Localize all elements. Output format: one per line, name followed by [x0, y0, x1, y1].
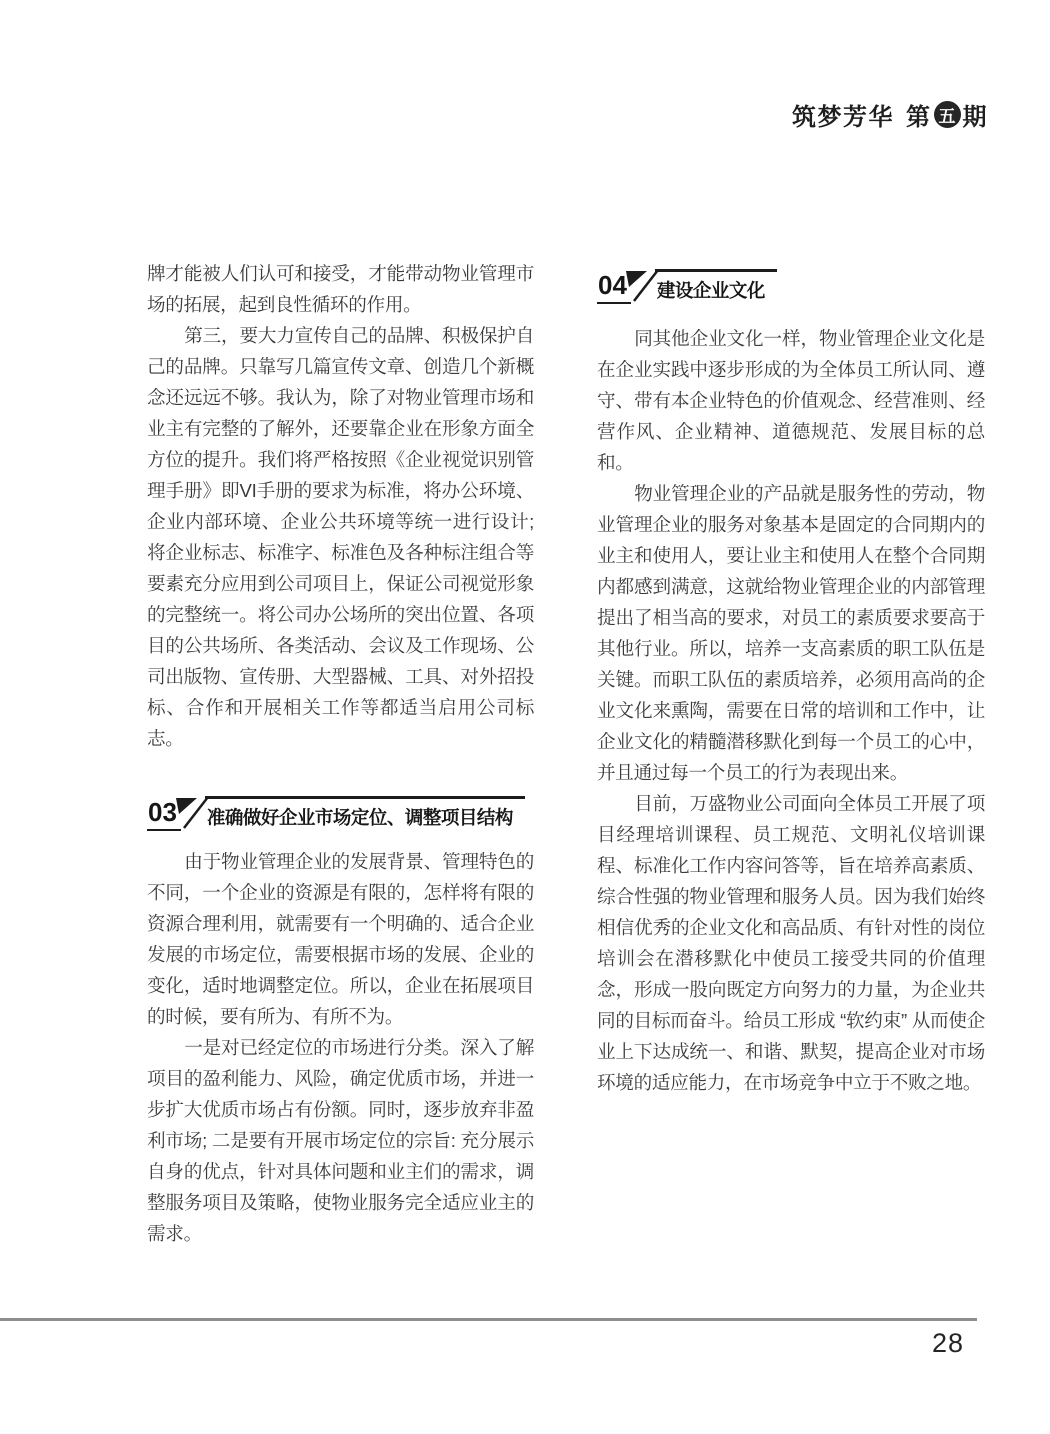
issue-prefix: 第	[906, 97, 932, 132]
footer-rule	[0, 1318, 977, 1321]
issue-suffix: 期	[963, 97, 989, 132]
right-column: 04 建设企业文化 同其他企业文化一样，物业管理企业文化是在企业实践中逐步形成的…	[597, 258, 985, 1098]
body-paragraph: 物业管理企业的产品就是服务性的劳动，物业管理企业的服务对象基本是固定的合同期内的…	[597, 478, 985, 788]
left-column: 牌才能被人们认可和接受，才能带动物业管理市场的拓展，起到良性循环的作用。 第三，…	[147, 258, 534, 1249]
magazine-page: 筑梦芳华 第 五 期 牌才能被人们认可和接受，才能带动物业管理市场的拓展，起到良…	[0, 0, 1050, 1434]
section-slash-icon	[625, 269, 659, 303]
page-number: 28	[932, 1328, 964, 1359]
section-header-04: 04 建设企业文化	[597, 269, 777, 309]
body-paragraph: 由于物业管理企业的发展背景、管理特色的不同，一个企业的资源是有限的，怎样将有限的…	[147, 846, 534, 1032]
body-paragraph: 目前，万盛物业公司面向全体员工开展了项目经理培训课程、员工规范、文明礼仪培训课程…	[597, 788, 985, 1098]
section-rule	[205, 796, 525, 799]
section-title: 准确做好企业市场定位、调整项目结构	[205, 796, 525, 829]
section-title: 建设企业文化	[655, 269, 777, 302]
body-paragraph: 一是对已经定位的市场进行分类。深入了解项目的盈利能力、风险，确定优质市场，并进一…	[147, 1032, 534, 1249]
body-paragraph: 第三，要大力宣传自己的品牌、积极保护自己的品牌。只靠写几篇宣传文章、创造几个新概…	[147, 320, 534, 754]
section-rule	[655, 269, 777, 272]
section-header-03: 03 准确做好企业市场定位、调整项目结构	[147, 796, 525, 836]
running-head: 筑梦芳华 第 五 期	[792, 97, 988, 132]
body-paragraph: 同其他企业文化一样，物业管理企业文化是在企业实践中逐步形成的为全体员工所认同、遵…	[597, 323, 985, 478]
body-paragraph: 牌才能被人们认可和接受，才能带动物业管理市场的拓展，起到良性循环的作用。	[147, 258, 534, 320]
magazine-title: 筑梦芳华	[792, 97, 894, 132]
issue-number-badge: 五	[934, 101, 961, 128]
section-slash-icon	[175, 796, 209, 830]
